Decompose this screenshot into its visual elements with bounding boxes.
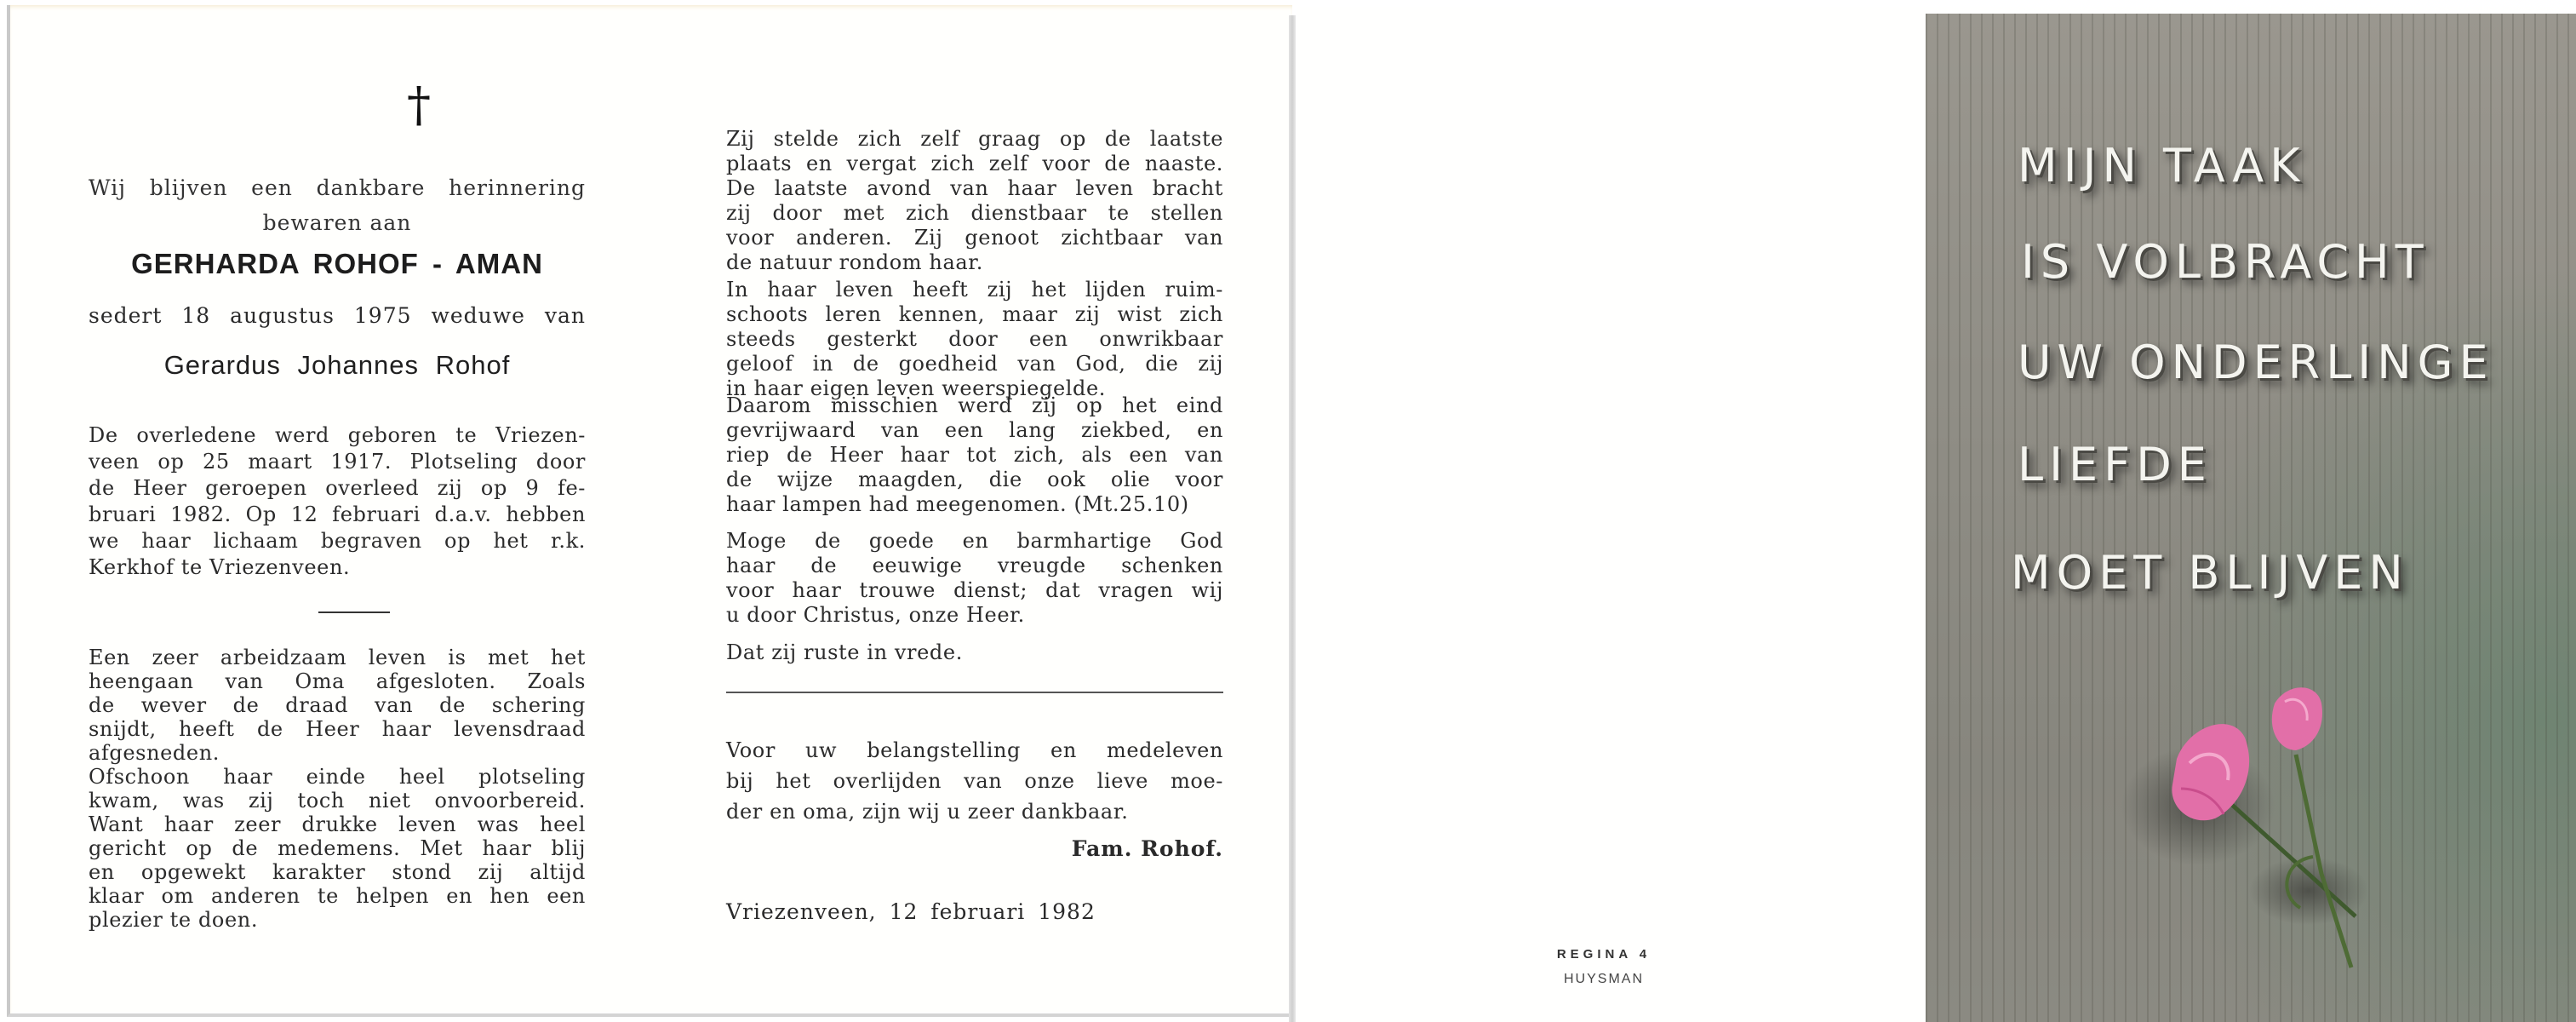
- text-line: Zij stelde zich zelf graag op de laatste: [726, 127, 1223, 152]
- text-line: voor haar trouwe dienst; dat vragen wij: [726, 578, 1223, 603]
- text-line: bij het overlijden van onze lieve moe-: [726, 766, 1223, 796]
- text-line: snijdt, heeft de Heer haar levensdraad: [89, 717, 586, 741]
- text-line: Kerkhof te Vriezenveen.: [89, 554, 586, 581]
- text-line: gevrijwaard van een lang ziekbed, en: [726, 418, 1223, 443]
- place-date: Vriezenveen, 12 februari 1982: [726, 899, 1223, 924]
- text-line: we haar lichaam begraven op het r.k.: [89, 528, 586, 554]
- text-line: de natuur rondom haar.: [726, 250, 1223, 275]
- thanks-paragraph: Voor uw belangstelling en medelevenbij h…: [726, 735, 1223, 827]
- quote-line: LIEFDE: [2018, 438, 2212, 491]
- text-line: haar lampen had meegenomen. (Mt.25.10): [726, 492, 1223, 517]
- quote-line: MIJN TAAK: [2018, 139, 2306, 192]
- text-line: en opgewekt karakter stond zij altijd: [89, 860, 586, 884]
- text-line: De laatste avond van haar leven bracht: [726, 176, 1223, 201]
- rest-in-peace: Dat zij ruste in vrede.: [726, 640, 1223, 666]
- text-line: Ofschoon haar einde heel plotseling: [89, 765, 586, 789]
- text-line: der en oma, zijn wij u zeer dankbaar.: [726, 796, 1223, 827]
- outer-card: REGINA 4 HUYSMAN MIJN TAAK IS VOLBRACHT …: [1297, 7, 2576, 1022]
- inner-card-spread: † Wij blijven een dankbare herinnering b…: [7, 5, 1292, 1017]
- card-gap: [1289, 15, 1296, 1022]
- intro-text: Wij blijven een dankbare herinnering bew…: [89, 170, 586, 240]
- text-line: haar de eeuwige vreugde schenken: [726, 554, 1223, 578]
- life-paragraph: Een zeer arbeidzaam leven is met hetheen…: [89, 646, 586, 932]
- text-line: voor anderen. Zij genoot zichtbaar van: [726, 226, 1223, 250]
- character-paragraph: Zij stelde zich zelf graag op de laatste…: [726, 127, 1223, 275]
- prayer-paragraph: Moge de goede en barmhartige Godhaar de …: [726, 529, 1223, 628]
- text-line: riep de Heer haar tot zich, als een van: [726, 443, 1223, 468]
- text-line: schoots leren kennen, maar zij wist zich: [726, 302, 1223, 327]
- printer-brand: HUYSMAN: [1510, 972, 1697, 987]
- text-line: De overledene werd geboren te Vriezen-: [89, 422, 586, 449]
- text-line: de wever de draad van de schering: [89, 693, 586, 717]
- text-line: afgesneden.: [89, 741, 586, 765]
- text-line: bruari 1982. Op 12 februari d.a.v. hebbe…: [89, 502, 586, 528]
- text-line: Want haar zeer drukke leven was heel: [89, 812, 586, 836]
- text-line: veen op 25 maart 1917. Plotseling door: [89, 449, 586, 475]
- text-line: de wijze maagden, die ook olie voor: [726, 468, 1223, 492]
- widow-since-line: sedert 18 augustus 1975 weduwe van: [89, 303, 586, 328]
- text-line: plezier te doen.: [89, 908, 586, 932]
- text-line: kwam, was zij toch niet onvoorbereid.: [89, 789, 586, 812]
- quote-line: IS VOLBRACHT: [2021, 235, 2430, 289]
- text-line: u door Christus, onze Heer.: [726, 603, 1223, 628]
- text-line: Moge de goede en barmhartige God: [726, 529, 1223, 554]
- faith-paragraph: In haar leven heeft zij het lijden ruim-…: [726, 278, 1223, 401]
- text-line: klaar om anderen te helpen en hen een: [89, 884, 586, 908]
- scripture-paragraph: Daarom misschien werd zij op het eindgev…: [726, 393, 1223, 517]
- text-line: geloof in de goedheid van God, die zij: [726, 352, 1223, 376]
- text-line: heengaan van Oma afgesloten. Zoals: [89, 669, 586, 693]
- text-line: In haar leven heeft zij het lijden ruim-: [726, 278, 1223, 302]
- text-line: steeds gesterkt door een onwrikbaar: [726, 327, 1223, 352]
- birth-death-paragraph: De overledene werd geboren te Vriezen-ve…: [89, 422, 586, 581]
- text-line: Voor uw belangstelling en medeleven: [726, 735, 1223, 766]
- deceased-name: GERHARDA ROHOF - AMAN: [89, 248, 586, 280]
- text-line: zij door met zich dienstbaar te stellen: [726, 201, 1223, 226]
- spouse-name: Gerardus Johannes Rohof: [89, 350, 586, 381]
- long-divider: [726, 692, 1223, 693]
- printer-series: REGINA 4: [1510, 947, 1697, 962]
- printer-mark: REGINA 4 HUYSMAN: [1510, 947, 1697, 987]
- text-line: gericht op de medemens. Met haar blij: [89, 836, 586, 860]
- quote-line: MOET BLIJVEN: [2011, 546, 2409, 600]
- roses-icon: [2096, 678, 2436, 1002]
- text-line: plaats en vergat zich zelf voor de naast…: [726, 152, 1223, 176]
- text-line: Een zeer arbeidzaam leven is met het: [89, 646, 586, 669]
- cover-photo: MIJN TAAK IS VOLBRACHT UW ONDERLINGE LIE…: [1926, 14, 2576, 1022]
- short-divider: [318, 611, 390, 613]
- quote-line: UW ONDERLINGE: [2018, 336, 2494, 389]
- family-signature: Fam. Rohof.: [726, 836, 1223, 861]
- cross-icon: †: [407, 82, 431, 129]
- text-line: Daarom misschien werd zij op het eind: [726, 393, 1223, 418]
- text-line: de Heer geroepen overleed zij op 9 fe-: [89, 475, 586, 502]
